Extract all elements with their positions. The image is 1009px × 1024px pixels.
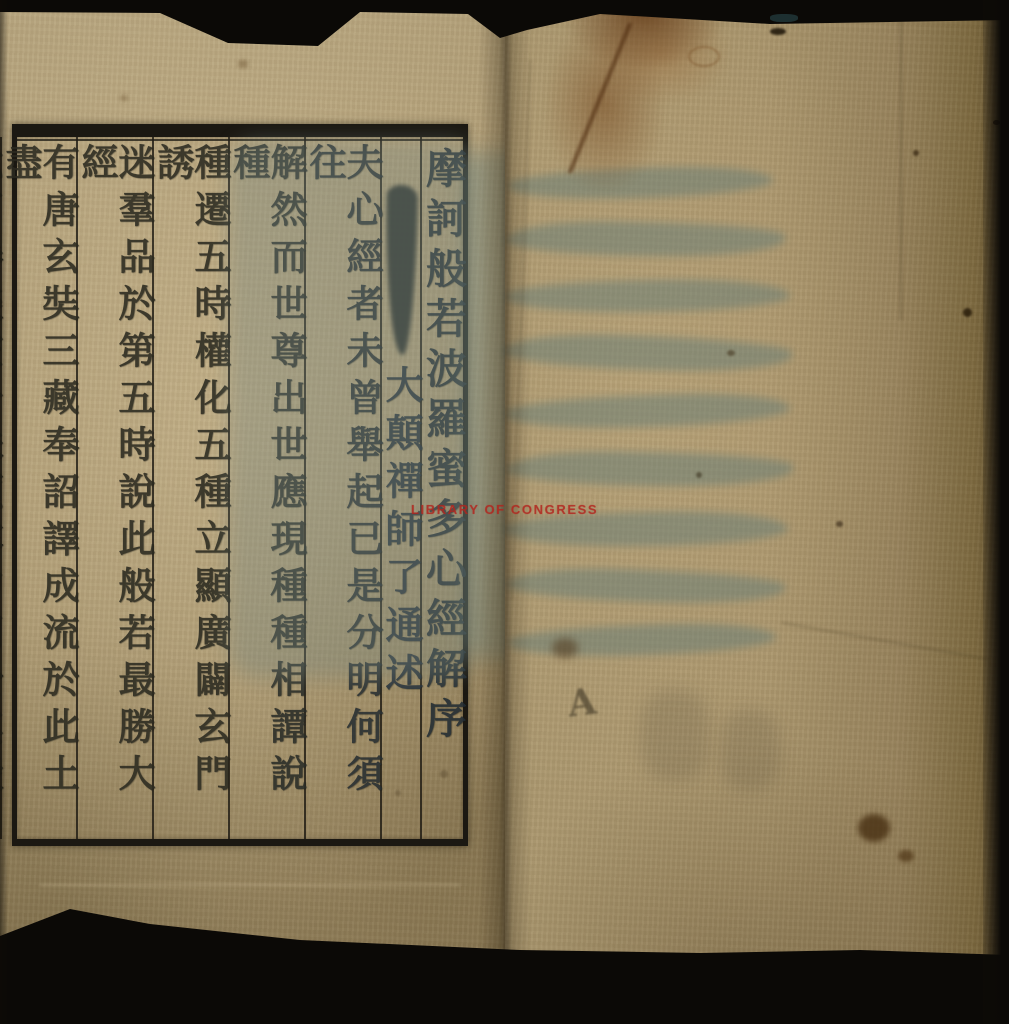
faint-mark: A (566, 680, 599, 725)
dirt-speck (898, 850, 914, 862)
column-text: 解然而世尊出世應現種種相譚說種 (230, 137, 304, 839)
page-edge-right (983, 0, 1009, 1024)
dirt-speck (836, 521, 843, 527)
dirt-speck (238, 60, 248, 68)
watermark: LIBRARY OF CONGRESS (411, 502, 611, 517)
paper-crease (40, 884, 460, 886)
column-text: 迷羣品於第五時說此般若最勝大經 (78, 137, 152, 839)
page-edge-left (0, 0, 8, 1024)
column-text: 摩訶般若波羅蜜多心經解序 (422, 137, 463, 839)
column-text: 夫心經者未曾舉起已是分明何須往 (306, 137, 380, 839)
printed-frame: 摩訶般若波羅蜜多心經解序大顛禪師了通述夫心經者未曾舉起已是分明何須往解然而世尊出… (12, 124, 468, 846)
text-column-body-3: 種遷五時權化五種立顯廣闢玄門誘 (152, 137, 228, 839)
column-text: 有唐玄奘三藏奉詔譯成流於此土盡 (2, 137, 76, 839)
text-column-body-2: 解然而世尊出世應現種種相譚說種 (228, 137, 304, 839)
dirt-speck (727, 350, 735, 356)
bleedthrough-ghost (640, 690, 710, 780)
ink-stain (538, 0, 734, 197)
dirt-speck (120, 95, 128, 101)
dirt-speck (770, 28, 786, 35)
dirt-speck (395, 790, 401, 796)
book-scan: 摩訶般若波羅蜜多心經解序大顛禪師了通述夫心經者未曾舉起已是分明何須往解然而世尊出… (0, 0, 1009, 1024)
text-column-body-4: 迷羣品於第五時說此般若最勝大經 (76, 137, 152, 839)
dirt-speck (552, 638, 578, 658)
text-column-body-5: 有唐玄奘三藏奉詔譯成流於此土盡 (0, 137, 76, 839)
text-column-body-1: 夫心經者未曾舉起已是分明何須往 (304, 137, 380, 839)
text-column-attribution: 大顛禪師了通述 (380, 137, 420, 839)
stain-ring (688, 46, 720, 67)
column-text: 大顛禪師了通述 (382, 137, 420, 839)
dirt-speck (963, 308, 972, 317)
dirt-speck (440, 770, 448, 778)
dirt-speck (696, 472, 702, 478)
text-column-title: 摩訶般若波羅蜜多心經解序 (420, 137, 463, 839)
bleedthrough-ghost (720, 710, 780, 790)
column-text: 種遷五時權化五種立顯廣闢玄門誘 (154, 137, 228, 839)
dirt-speck (858, 814, 890, 842)
dirt-speck (913, 150, 919, 156)
